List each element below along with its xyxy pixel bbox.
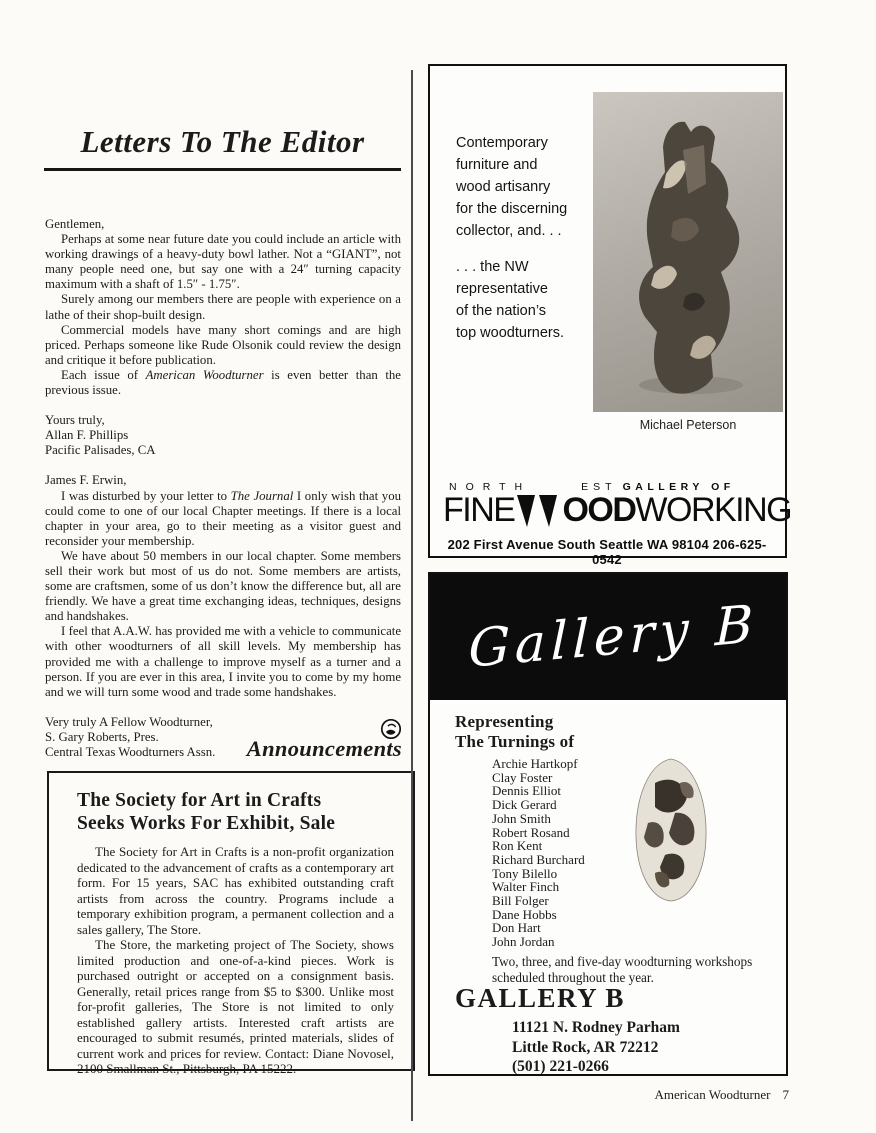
announcement-title-line: Seeks Works For Exhibit, Sale — [77, 812, 394, 835]
artist-name: Robert Rosand — [492, 826, 585, 840]
letter1-salutation: Gentlemen, — [45, 217, 401, 232]
letter1-closing: Yours truly, — [45, 413, 401, 428]
tagline-line: Contemporary — [456, 132, 567, 154]
nw-gallery-ad: Contemporary furniture and wood artisanr… — [428, 64, 787, 558]
page-title: Letters To The Editor — [44, 124, 401, 171]
representing-heading: Representing The Turnings of — [455, 712, 574, 752]
letter1-paragraph: Surely among our members there are peopl… — [45, 292, 401, 322]
phone-number: (501) 221-0266 — [512, 1057, 680, 1077]
page-number: 7 — [783, 1087, 790, 1102]
representing-line: Representing — [455, 712, 574, 732]
letter2-paragraph: We have about 50 members in our local ch… — [45, 549, 401, 624]
double-triangle-w-icon — [516, 495, 560, 533]
artist-name: Don Hart — [492, 921, 585, 935]
fine-woodworking-logo: NORTH EST GALLERY OF FINE OOD WORKING 20… — [443, 481, 771, 567]
gallery-b-address: 11121 N. Rodney Parham Little Rock, AR 7… — [512, 1018, 680, 1077]
tagline-line: representative — [456, 278, 564, 300]
artist-name: Richard Burchard — [492, 853, 585, 867]
tagline-line: top woodturners. — [456, 322, 564, 344]
artist-name: Clay Foster — [492, 771, 585, 785]
letters-column: Gentlemen, Perhaps at some near future d… — [45, 217, 401, 760]
announcement-paragraph: The Store, the marketing project of The … — [77, 937, 394, 1077]
gallery-b-ad: Gallery B Representing The Turnings of A… — [428, 572, 788, 1076]
tagline-line: collector, and. . . — [456, 220, 567, 242]
ad-tagline-bottom: . . . the NW representative of the natio… — [456, 256, 564, 344]
column-divider-rule — [411, 70, 413, 1121]
wood-sculpture-photo — [593, 92, 783, 412]
ad-tagline-top: Contemporary furniture and wood artisanr… — [456, 132, 567, 242]
logo-main-line: FINE OOD WORKING — [443, 494, 771, 533]
artist-name: John Jordan — [492, 935, 585, 949]
workshops-line: Two, three, and five-day woodturning wor… — [492, 954, 766, 970]
photo-caption: Michael Peterson — [593, 418, 783, 432]
gallery-address: 202 First Avenue South Seattle WA 98104 … — [443, 537, 771, 567]
artist-name: Bill Folger — [492, 894, 585, 908]
letter2-paragraph: I was disturbed by your letter to The Jo… — [45, 489, 401, 549]
turned-vessel-photo — [625, 755, 717, 905]
italic-title: American Woodturner — [146, 368, 264, 382]
artist-name: Walter Finch — [492, 880, 585, 894]
letter2-paragraph: I feel that A.A.W. has provided me with … — [45, 624, 401, 699]
tagline-line: furniture and — [456, 154, 567, 176]
artist-name: John Smith — [492, 812, 585, 826]
letter1-signature: Allan F. Phillips — [45, 428, 401, 443]
address-line: 11121 N. Rodney Parham — [512, 1018, 680, 1038]
logo-fine-text: FINE — [443, 494, 514, 527]
announcement-box: The Society for Art in Crafts Seeks Work… — [47, 771, 415, 1071]
gallery-b-script-logo: Gallery B — [468, 594, 759, 680]
page-footer: American Woodturner7 — [0, 1087, 789, 1103]
workshops-note: Two, three, and five-day woodturning wor… — [492, 954, 766, 986]
announcement-title: The Society for Art in Crafts Seeks Work… — [77, 789, 394, 835]
letter2-closing: Very truly A Fellow Woodturner, — [45, 715, 401, 730]
letter1-paragraph: Perhaps at some near future date you cou… — [45, 232, 401, 292]
announcements-heading: Announcements — [45, 736, 402, 762]
letter2-salutation: James F. Erwin, — [45, 473, 401, 488]
tagline-line: of the nation’s — [456, 300, 564, 322]
tagline-line: wood artisanry — [456, 176, 567, 198]
tagline-line: . . . the NW — [456, 256, 564, 278]
paragraph-text: Each issue of — [61, 368, 146, 382]
announcement-paragraph: The Society for Art in Crafts is a non-p… — [77, 844, 394, 937]
letter1-paragraph: Commercial models have many short coming… — [45, 323, 401, 368]
artist-list: Archie Hartkopf Clay Foster Dennis Ellio… — [492, 757, 585, 949]
gallery-b-banner: Gallery B — [430, 574, 786, 700]
representing-line: The Turnings of — [455, 732, 574, 752]
tagline-line: for the discerning — [456, 198, 567, 220]
footer-magazine-title: American Woodturner — [654, 1087, 770, 1102]
artist-name: Archie Hartkopf — [492, 757, 585, 771]
artist-name: Ron Kent — [492, 839, 585, 853]
artist-name: Dick Gerard — [492, 798, 585, 812]
gallery-b-name: GALLERY B — [455, 983, 625, 1014]
logo-ood-text: OOD — [562, 494, 635, 527]
address-line: Little Rock, AR 72212 — [512, 1038, 680, 1058]
artist-name: Dane Hobbs — [492, 908, 585, 922]
letter1-paragraph: Each issue of American Woodturner is eve… — [45, 368, 401, 398]
logo-working-text: WORKING — [635, 494, 791, 527]
letter1-location: Pacific Palisades, CA — [45, 443, 401, 458]
paragraph-text: I was disturbed by your letter to — [61, 489, 231, 503]
magazine-page: Letters To The Editor Gentlemen, Perhaps… — [0, 0, 876, 1133]
announcement-title-line: The Society for Art in Crafts — [77, 789, 394, 812]
artist-name: Dennis Elliot — [492, 784, 585, 798]
artist-name: Tony Bilello — [492, 867, 585, 881]
italic-title: The Journal — [231, 489, 294, 503]
